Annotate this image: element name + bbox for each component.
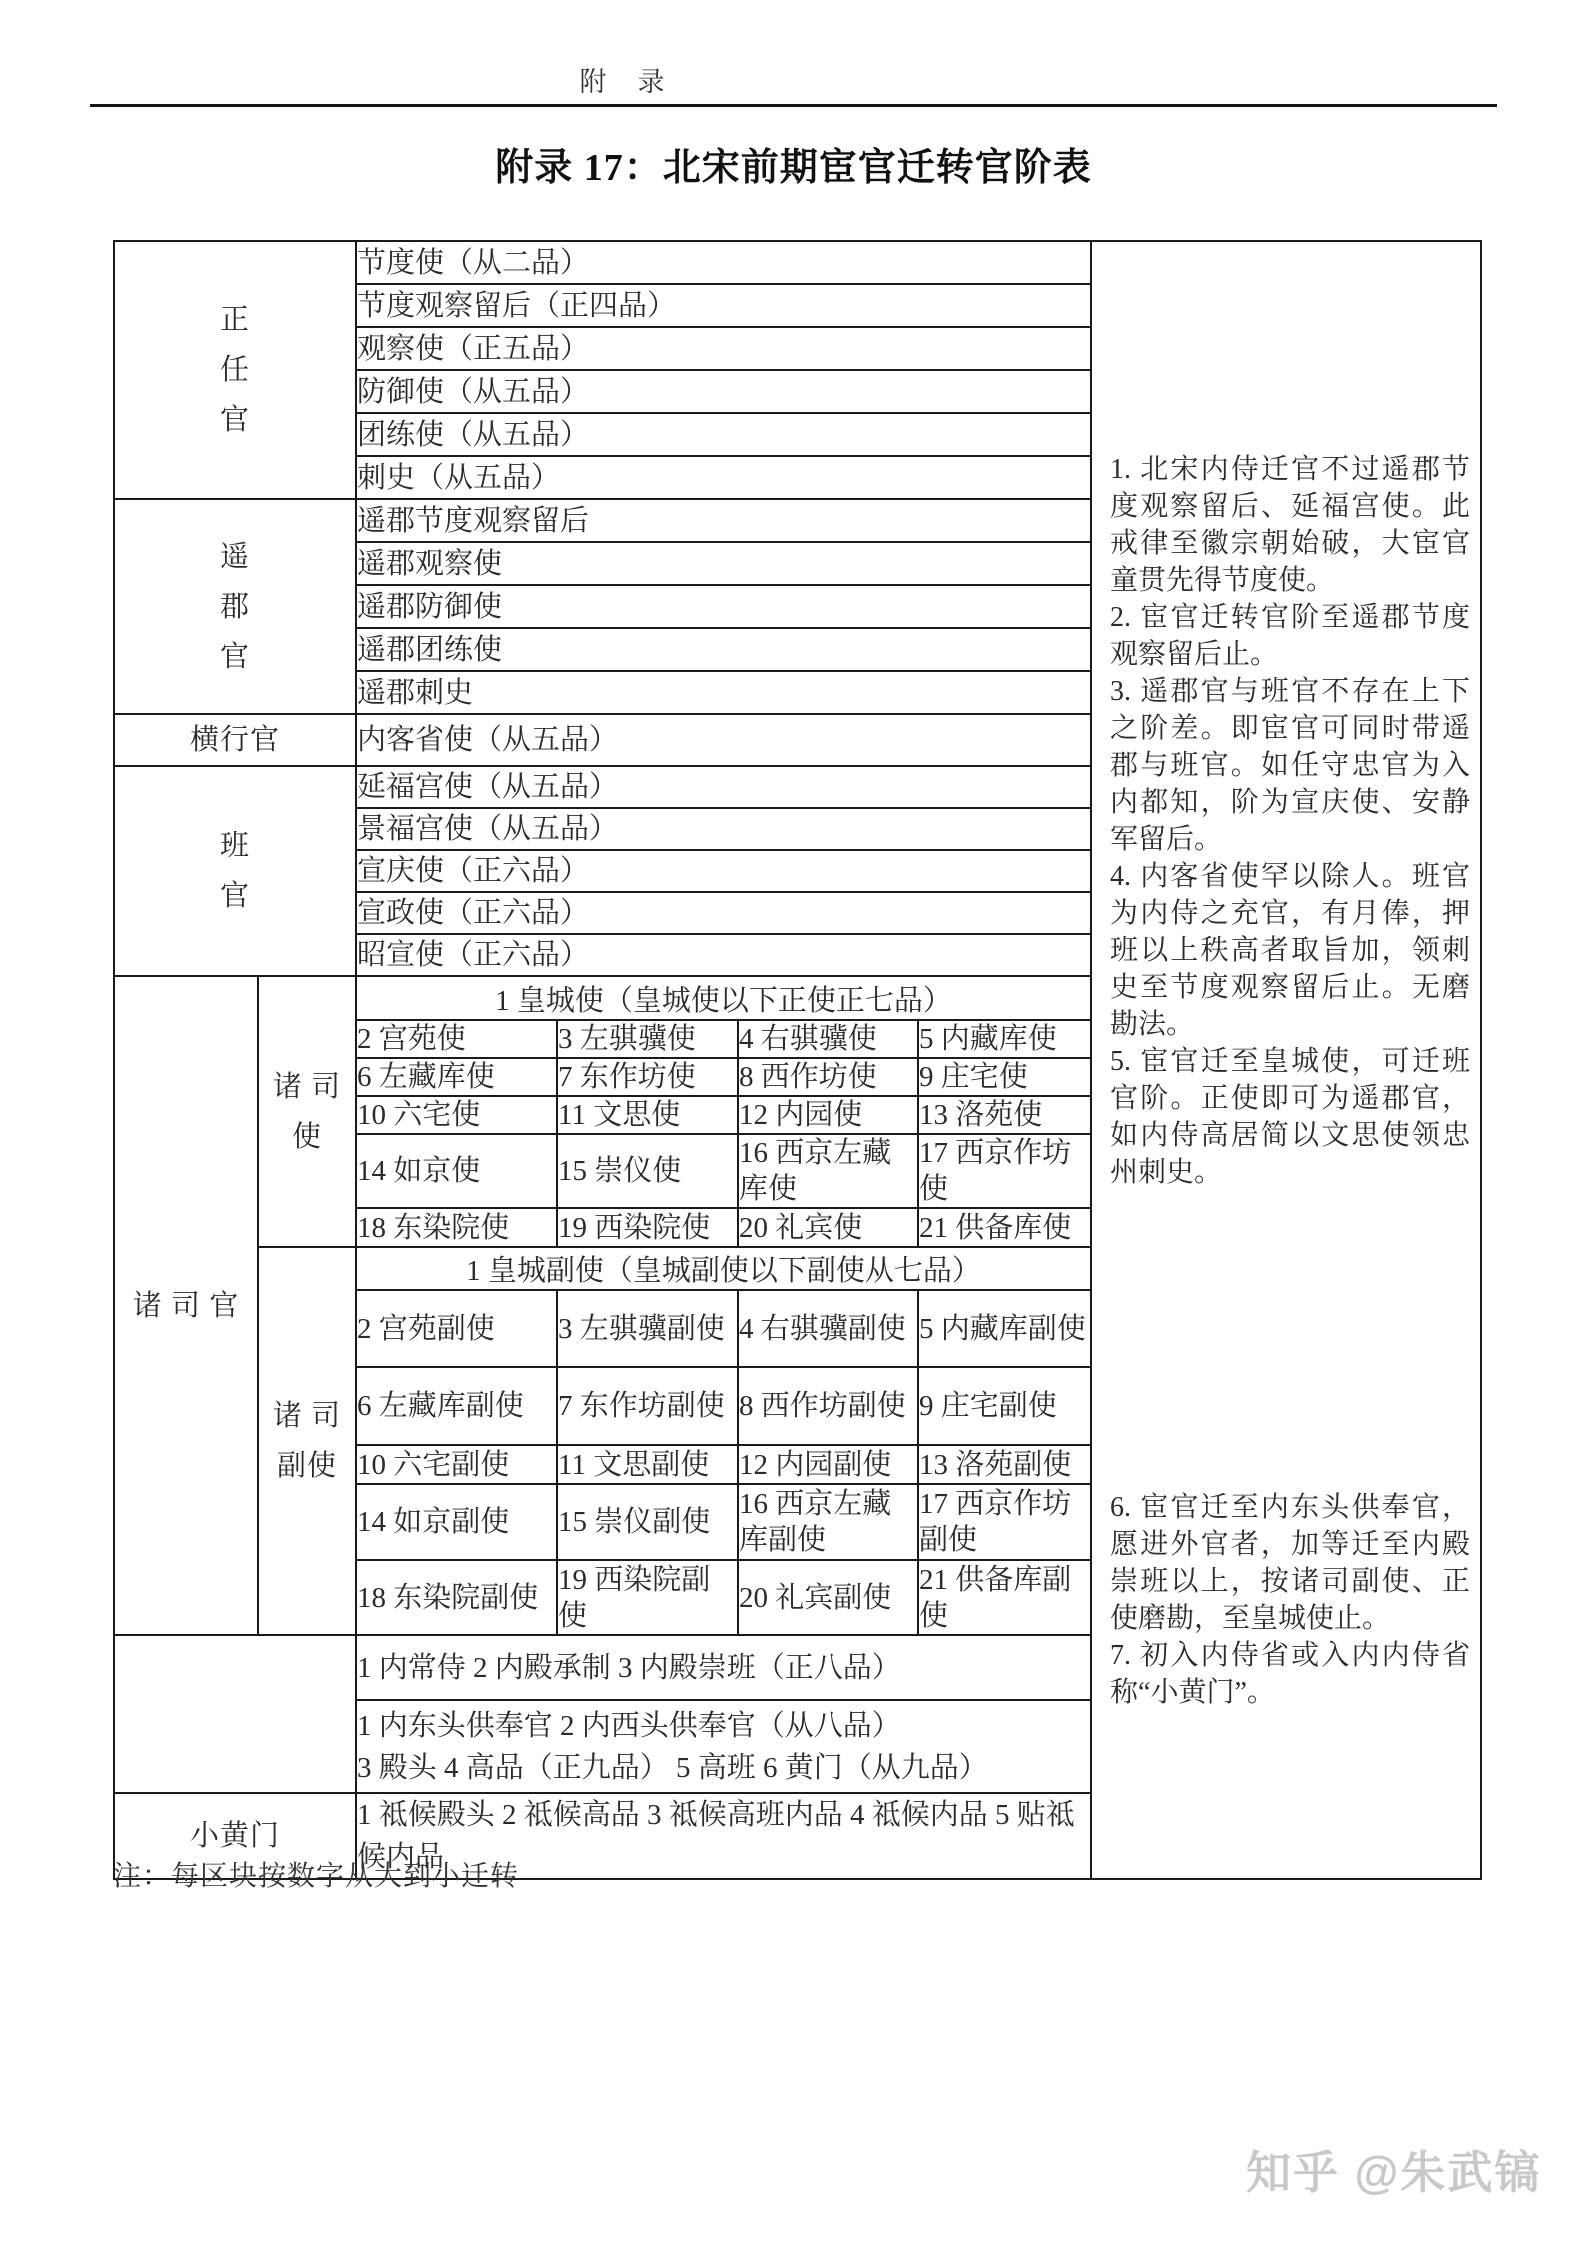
rank-item: 1 内东头供奉官 2 内西头供奉官（从八品） 3 殿头 4 高品（正九品） 5 … [356, 1700, 1091, 1793]
page-title: 附录 17：北宋前期宦官迁转官阶表 [0, 136, 1587, 191]
note-paragraph: 4. 内客省使罕以除人。班官为内侍之充官，有月俸，押班以上秩高者取旨加，领刺史至… [1110, 858, 1470, 1043]
note-paragraph: 7. 初入内侍省或入内内侍省称“小黄门”。 [1110, 1637, 1470, 1711]
grid-cell: 6 左藏库副使 [356, 1367, 557, 1445]
rank-item: 节度观察留后（正四品） [356, 284, 1091, 327]
notes-column: 1. 北宋内侍迁官不过遥郡节度观察留后、延福宫使。此戒律至徽宗朝始破，大宦官童贯… [1091, 241, 1481, 1879]
note-paragraph: 6. 宦官迁至内东头供奉官，愿进外官者，加等迁至内殿崇班以上，按诸司副使、正使磨… [1110, 1489, 1470, 1637]
grid-cell: 15 崇仪副使 [557, 1484, 738, 1560]
grid-cell: 12 内园副使 [738, 1445, 918, 1484]
grid-cell: 4 右骐骥副使 [738, 1290, 918, 1367]
rank-item: 宣政使（正六品） [356, 892, 1091, 934]
grid-cell: 5 内藏库副使 [918, 1290, 1091, 1367]
grid-cell: 17 西京作坊使 [918, 1134, 1091, 1208]
grid-cell: 16 西京左藏库副使 [738, 1484, 918, 1560]
grid-cell: 5 内藏库使 [918, 1020, 1091, 1058]
grid-cell: 9 庄宅使 [918, 1058, 1091, 1096]
table-footnote: 注：每区块按数字从大到小迁转 [113, 1854, 519, 1894]
rank-item: 1 内常侍 2 内殿承制 3 内殿崇班（正八品） [356, 1635, 1091, 1700]
grid-cell: 3 左骐骥副使 [557, 1290, 738, 1367]
section-label-hengxingguan: 横行官 [114, 714, 356, 766]
rank-item: 遥郡节度观察留后 [356, 499, 1091, 542]
grid-cell: 19 西染院使 [557, 1208, 738, 1247]
grid-cell: 21 供备库副使 [918, 1560, 1091, 1635]
grid-cell: 14 如京使 [356, 1134, 557, 1208]
grid-cell: 17 西京作坊副使 [918, 1484, 1091, 1560]
subsection-label-zhusishi: 诸 司 使 [258, 976, 356, 1247]
notes-block-top: 1. 北宋内侍迁官不过遥郡节度观察留后、延福宫使。此戒律至徽宗朝始破，大宦官童贯… [1092, 409, 1480, 1489]
grid-cell: 10 六宅副使 [356, 1445, 557, 1484]
document-page: 附 录 附录 17：北宋前期宦官迁转官阶表 正 任 官 节度使（从二品） 1. … [0, 0, 1587, 2245]
rank-item: 宣庆使（正六品） [356, 850, 1091, 892]
section-label-banguan: 班 官 [114, 766, 356, 976]
grid-cell: 13 洛苑使 [918, 1096, 1091, 1134]
grid-cell: 16 西京左藏库使 [738, 1134, 918, 1208]
grid-cell: 11 文思副使 [557, 1445, 738, 1484]
empty-label-cell [114, 1635, 356, 1793]
grid-cell: 8 西作坊使 [738, 1058, 918, 1096]
grid-cell: 7 东作坊副使 [557, 1367, 738, 1445]
grid-cell: 18 东染院使 [356, 1208, 557, 1247]
rank-item: 遥郡团练使 [356, 628, 1091, 671]
note-paragraph: 3. 遥郡官与班官不存在上下之阶差。即宦官可同时带遥郡与班官。如任守忠官为入内都… [1110, 673, 1470, 858]
watermark: 知乎 @朱武镐 [1246, 2136, 1541, 2201]
notes-block-bottom: 6. 宦官迁至内东头供奉官，愿进外官者，加等迁至内殿崇班以上，按诸司副使、正使磨… [1092, 1489, 1480, 1711]
rank-item: 团练使（从五品） [356, 413, 1091, 456]
rank-item: 内客省使（从五品） [356, 714, 1091, 766]
rank-item: 昭宣使（正六品） [356, 934, 1091, 976]
grid-cell: 15 崇仪使 [557, 1134, 738, 1208]
grid-header-fushi: 1 皇城副使（皇城副使以下副使从七品） [356, 1247, 1091, 1290]
rank-item: 刺史（从五品） [356, 456, 1091, 499]
note-paragraph: 1. 北宋内侍迁官不过遥郡节度观察留后、延福宫使。此戒律至徽宗朝始破，大宦官童贯… [1110, 451, 1470, 599]
grid-cell: 2 宫苑副使 [356, 1290, 557, 1367]
grid-cell: 8 西作坊副使 [738, 1367, 918, 1445]
grid-cell: 11 文思使 [557, 1096, 738, 1134]
section-label-zhusiguan: 诸 司 官 [114, 976, 258, 1635]
grid-cell: 6 左藏库使 [356, 1058, 557, 1096]
grid-cell: 13 洛苑副使 [918, 1445, 1091, 1484]
rank-item: 防御使（从五品） [356, 370, 1091, 413]
grid-cell: 2 宫苑使 [356, 1020, 557, 1058]
rank-table: 正 任 官 节度使（从二品） 1. 北宋内侍迁官不过遥郡节度观察留后、延福宫使。… [113, 240, 1482, 1880]
rank-item: 遥郡观察使 [356, 542, 1091, 585]
grid-cell: 12 内园使 [738, 1096, 918, 1134]
rank-item: 遥郡防御使 [356, 585, 1091, 628]
header-rule [90, 104, 1497, 107]
grid-cell: 4 右骐骥使 [738, 1020, 918, 1058]
section-label-yaojunguan: 遥 郡 官 [114, 499, 356, 714]
grid-cell: 14 如京副使 [356, 1484, 557, 1560]
section-label-zhengrenguan: 正 任 官 [114, 241, 356, 499]
rank-item: 景福宫使（从五品） [356, 808, 1091, 850]
rank-item: 延福宫使（从五品） [356, 766, 1091, 808]
grid-cell: 7 东作坊使 [557, 1058, 738, 1096]
grid-cell: 10 六宅使 [356, 1096, 557, 1134]
subsection-label-zhusifushi: 诸 司 副使 [258, 1247, 356, 1635]
note-paragraph: 5. 宦官迁至皇城使，可迁班官阶。正使即可为遥郡官，如内侍高居简以文思使领忠州刺… [1110, 1043, 1470, 1191]
grid-cell: 3 左骐骥使 [557, 1020, 738, 1058]
grid-cell: 20 礼宾副使 [738, 1560, 918, 1635]
rank-item: 观察使（正五品） [356, 327, 1091, 370]
grid-cell: 9 庄宅副使 [918, 1367, 1091, 1445]
grid-cell: 21 供备库使 [918, 1208, 1091, 1247]
grid-cell: 19 西染院副使 [557, 1560, 738, 1635]
grid-cell: 18 东染院副使 [356, 1560, 557, 1635]
running-head: 附 录 [473, 60, 773, 99]
note-paragraph: 2. 宦官迁转官阶至遥郡节度观察留后止。 [1110, 599, 1470, 673]
grid-header-shi: 1 皇城使（皇城使以下正使正七品） [356, 976, 1091, 1020]
grid-cell: 20 礼宾使 [738, 1208, 918, 1247]
rank-item: 遥郡刺史 [356, 671, 1091, 714]
rank-item: 节度使（从二品） [356, 241, 1091, 284]
